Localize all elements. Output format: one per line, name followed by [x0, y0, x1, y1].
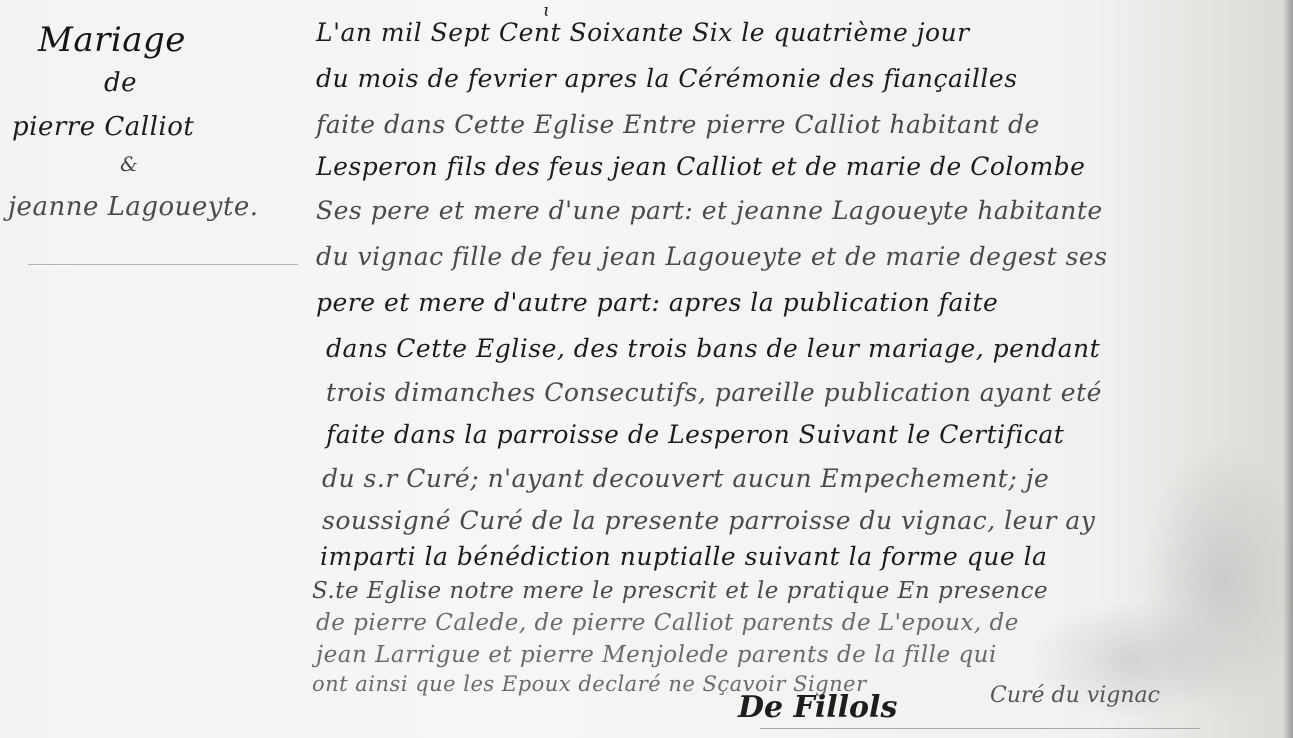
body-line: soussigné Curé de la presente parroisse … [322, 506, 1095, 535]
signature-name: De Fillols [738, 690, 897, 725]
margin-ampersand: & [120, 152, 138, 176]
body-line: imparti la bénédiction nuptialle suivant… [320, 542, 1047, 571]
body-line: faite dans la parroisse de Lesperon Suiv… [326, 420, 1064, 449]
body-line: de pierre Calede, de pierre Calliot pare… [316, 610, 1019, 636]
signature-flourish [760, 728, 1200, 729]
margin-rule [28, 264, 298, 265]
body-line: faite dans Cette Eglise Entre pierre Cal… [316, 110, 1040, 139]
body-line: L'an mil Sept Cent Soixante Six le quatr… [316, 18, 970, 47]
body-line: du mois de fevrier apres la Cérémonie de… [316, 64, 1018, 93]
body-line: S.te Eglise notre mere le prescrit et le… [312, 578, 1048, 604]
body-line: du s.r Curé; n'ayant decouvert aucun Emp… [322, 464, 1049, 493]
margin-de: de [104, 68, 137, 98]
margin-groom-name: pierre Calliot [12, 112, 194, 142]
body-line: dans Cette Eglise, des trois bans de leu… [326, 334, 1100, 363]
signature-title: Curé du vignac [990, 683, 1160, 708]
margin-title: Mariage [38, 20, 186, 60]
body-line: Ses pere et mere d'une part: et jeanne L… [316, 196, 1103, 225]
body-line: trois dimanches Consecutifs, pareille pu… [326, 378, 1102, 407]
document-page: ɩ Mariage de pierre Calliot & jeanne Lag… [0, 0, 1293, 738]
body-line: du vignac fille de feu jean Lagoueyte et… [316, 242, 1108, 271]
body-line: jean Larrigue et pierre Menjolede parent… [316, 642, 997, 668]
margin-bride-name: jeanne Lagoueyte. [8, 192, 259, 222]
body-line: pere et mere d'autre part: apres la publ… [316, 288, 998, 317]
body-line: Lesperon fils des feus jean Calliot et d… [316, 152, 1085, 181]
